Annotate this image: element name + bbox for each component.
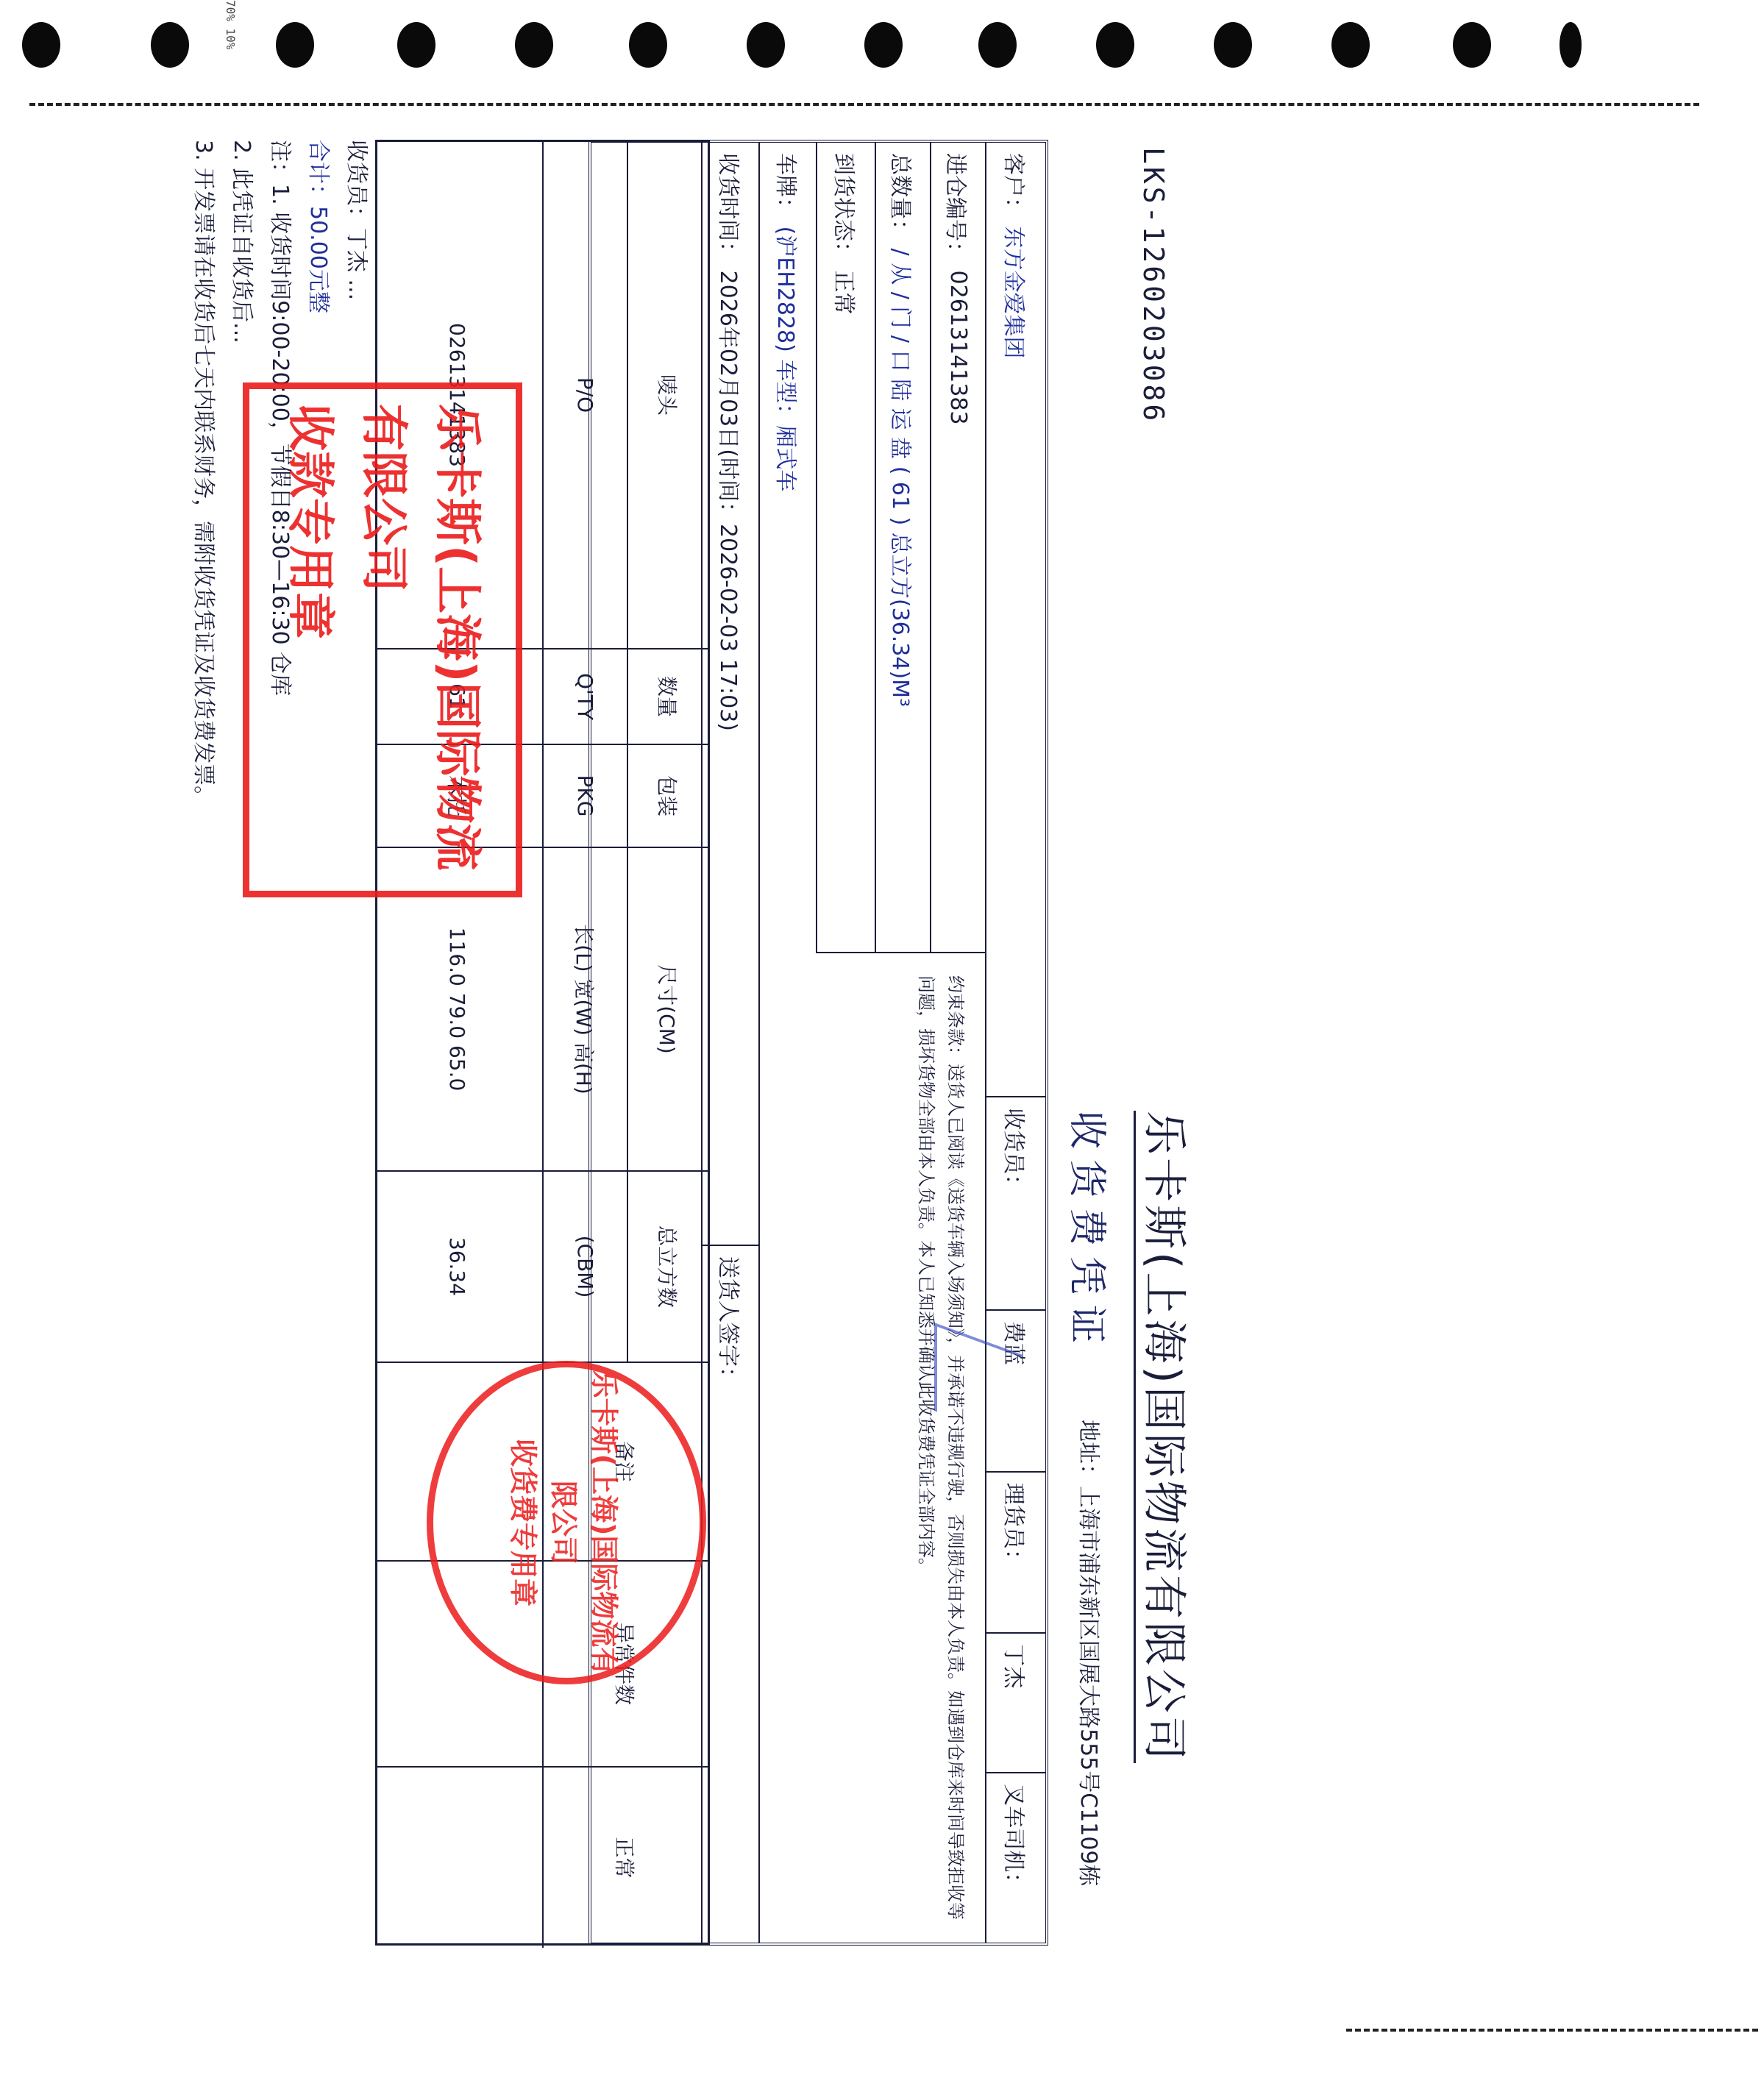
hdr-mark-sub: P/O xyxy=(542,142,627,648)
punch-hole xyxy=(1453,22,1491,68)
hdr-pkg-sub: PKG xyxy=(542,745,627,847)
punch-hole xyxy=(1559,22,1582,68)
punch-hole xyxy=(629,22,667,68)
condition-label: 到货状态： xyxy=(830,153,862,263)
condition-row: 到货状态： 正常 xyxy=(816,143,875,952)
stamp-rect-line1: 乐卡斯(上海)国际物流有限公司 xyxy=(346,404,494,876)
time-label: 收货时间： xyxy=(714,153,747,263)
entry-label: 进仓编号： xyxy=(942,153,975,263)
customer-cell: 客户： 东方金爱集团 xyxy=(986,143,1045,1097)
seal-outer-text: 乐卡斯(上海)国际物流有限公司 xyxy=(547,1367,627,1678)
punch-hole xyxy=(151,22,189,68)
punch-hole xyxy=(747,22,785,68)
hdr-pkg: 包装 xyxy=(627,745,708,847)
hdr-qty: 数量 xyxy=(627,649,708,744)
col-note: 正常 xyxy=(377,1768,708,1948)
address-label: 地址： xyxy=(1075,1420,1101,1486)
total-cell: 总数量： / 从 / 门 / 口 陆 运 盘 ( 61 ) 总立方(36.34)… xyxy=(876,143,930,717)
serial-number: LKS-1260203086 xyxy=(1137,147,1170,424)
hdr-cbm-sub: (CBM) xyxy=(542,1172,627,1362)
note-value: 正常 xyxy=(542,1768,708,1948)
seal-inner-text: 收货费专用章 xyxy=(506,1439,547,1606)
driver-sign-label: 送货人签字： xyxy=(703,1246,758,1614)
tear-line-top xyxy=(29,103,1699,106)
time-cell: 收货时间： 2026年02月03日(时间：2026-02-03 17:03) xyxy=(703,143,758,1246)
punch-hole xyxy=(22,22,60,68)
entry-value: 02613141383 xyxy=(945,271,971,425)
address-value: 上海市浦东新区国展大路555号C1109栋 xyxy=(1075,1486,1101,1887)
company-address: 地址：上海市浦东新区国展大路555号C1109栋 xyxy=(1075,1420,1107,1887)
hdr-qty-sub: Q'TY xyxy=(542,649,627,744)
condition-value: 正常 xyxy=(830,271,862,315)
vehicle-label: 车牌： xyxy=(772,153,804,219)
entry-cell: 进仓编号： 02613141383 xyxy=(931,143,985,435)
company-name: 乐卡斯(上海)国际物流有限公司 xyxy=(1134,1111,1199,1763)
punch-hole xyxy=(1331,22,1370,68)
time-value: 2026年02月03日(时间：2026-02-03 17:03) xyxy=(714,271,747,731)
note-line: 3. 开发票请在收货后七天内联系财务，需附收货凭证及收货费发票。 xyxy=(184,140,222,1390)
hdr-dims-sub: 长(L) 宽(W) 高(H) xyxy=(542,848,627,1170)
total-value: / 从 / 门 / 口 陆 运 盘 ( 61 ) 总立方(36.34)M³ xyxy=(887,249,920,708)
entry-row: 进仓编号： 02613141383 xyxy=(930,143,985,952)
company-seal: 乐卡斯(上海)国际物流有限公司 收货费专用章 xyxy=(427,1361,706,1684)
col-cbm: 总立方数 (CBM) 36.34 xyxy=(377,1172,708,1363)
terms-box: 约束条款：送货人已阅读《送货车辆入场须知》，并承诺不违规行驶，否则损失由本人负责… xyxy=(816,952,985,1945)
voucher-title: 收货费凭证 xyxy=(1063,1111,1118,1353)
hdr-mark: 唛头 xyxy=(627,142,708,648)
receipt-document: LKS-1260203086 乐卡斯(上海)国际物流有限公司 收货费凭证 地址：… xyxy=(213,140,1170,1993)
punch-hole xyxy=(397,22,435,68)
punch-hole xyxy=(1214,22,1252,68)
clerk-value: 丁杰 xyxy=(986,1634,1045,1773)
vehicle-row: 车牌： (沪EH2828) 车型：厢式车 xyxy=(758,143,816,1943)
payment-stamp: 乐卡斯(上海)国际物流有限公司 收款专用章 xyxy=(243,382,522,897)
punch-hole xyxy=(515,22,553,68)
punch-hole xyxy=(276,22,314,68)
total-row: 总数量： / 从 / 门 / 口 陆 运 盘 ( 61 ) 总立方(36.34)… xyxy=(875,143,930,952)
hdr-dims: 尺寸(CM) xyxy=(627,848,708,1170)
terms-text: 约束条款：送货人已阅读《送货车辆入场须知》，并承诺不违规行驶，否则损失由本人负责… xyxy=(911,975,970,1923)
hdr-cbm: 总立方数 xyxy=(627,1172,708,1362)
punch-hole xyxy=(978,22,1017,68)
customer-value: 东方金爱集团 xyxy=(1000,227,1032,359)
vehicle-cell: 车牌： (沪EH2828) 车型：厢式车 xyxy=(760,143,816,1099)
edge-label: 70% 10% xyxy=(221,0,240,49)
vehicle-value: (沪EH2828) 车型：厢式车 xyxy=(772,227,804,492)
receiver-label: 收货员： xyxy=(986,1097,1045,1311)
punch-hole xyxy=(1096,22,1134,68)
stamp-rect-line2: 收款专用章 xyxy=(273,404,346,876)
cbm-value: 36.34 xyxy=(373,1172,542,1362)
customer-row: 客户： 东方金爱集团 收货员： 费蓝 理货员： 丁杰 叉车司机： xyxy=(985,143,1045,1943)
condition-cell: 到货状态： 正常 xyxy=(817,143,875,325)
customer-label: 客户： xyxy=(1000,153,1032,219)
loader-label: 叉车司机： xyxy=(986,1773,1045,1943)
perforation-strip: 70% 10% xyxy=(0,0,1764,81)
clerk-label: 理货员： xyxy=(986,1473,1045,1634)
tear-line-bottom xyxy=(1346,2029,1758,2032)
total-label: 总数量： xyxy=(887,153,920,241)
punch-hole xyxy=(864,22,903,68)
